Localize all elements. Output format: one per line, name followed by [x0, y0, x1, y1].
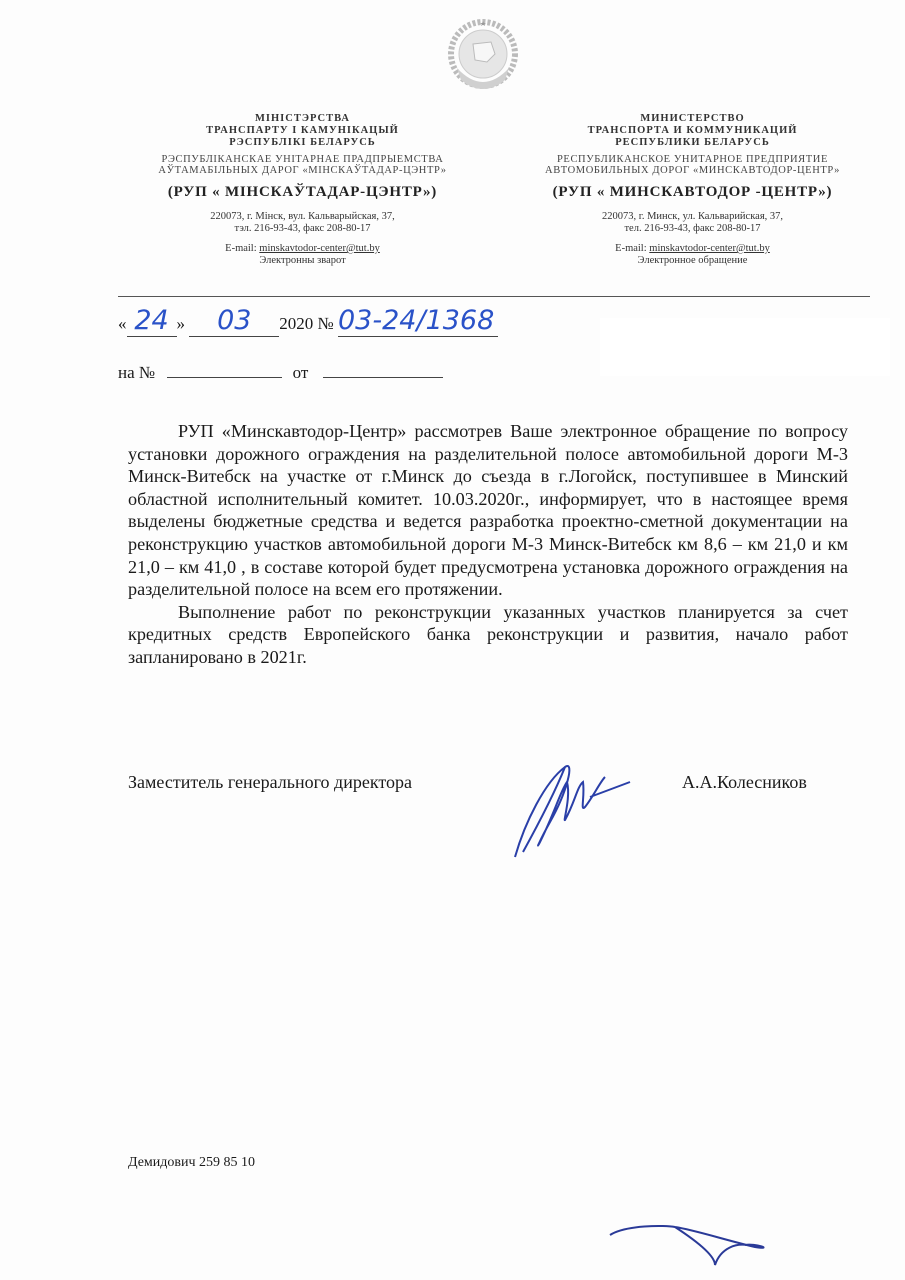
signatory-position: Заместитель генерального директора [128, 772, 412, 793]
month-handwritten: 03 [189, 305, 279, 337]
coat-of-arms-icon [447, 18, 519, 98]
paragraph: Выполнение работ по реконструкции указан… [128, 601, 848, 669]
contact-by: E-mail: minskavtodor-center@tut.by Элект… [120, 243, 485, 267]
short-name-by: (РУП « МІНСКАЎТАДАР-ЦЭНТР») [120, 184, 485, 201]
signature-icon [505, 752, 665, 862]
year: 2020 [279, 314, 313, 333]
ministry-name-ru: МИНИСТЕРСТВО ТРАНСПОРТА И КОММУНИКАЦИЙ Р… [505, 113, 880, 149]
address-by: 220073, г. Мінск, вул. Кальварыйская, 37… [120, 211, 485, 235]
ref-number-blank [167, 377, 282, 378]
reference-line: на № от [118, 363, 443, 383]
signatory-name: А.А.Колесников [682, 772, 807, 793]
redacted-area [600, 318, 890, 376]
letter-body: РУП «Минскавтодор-Центр» рассмотрев Ваше… [128, 420, 848, 669]
header-divider [118, 296, 870, 297]
registration-line: «24» 032020 № 03-24/1368 [118, 305, 498, 337]
contact-ru: E-mail: minskavtodor-center@tut.by Элект… [505, 243, 880, 267]
address-ru: 220073, г. Минск, ул. Кальварийская, 37,… [505, 211, 880, 235]
doc-number-handwritten: 03-24/1368 [338, 305, 498, 337]
header-russian: МИНИСТЕРСТВО ТРАНСПОРТА И КОММУНИКАЦИЙ Р… [505, 113, 880, 267]
paragraph: РУП «Минскавтодор-Центр» рассмотрев Ваше… [128, 420, 848, 601]
ref-date-blank [323, 377, 443, 378]
email-link[interactable]: minskavtodor-center@tut.by [259, 243, 380, 254]
short-name-ru: (РУП « МИНСКАВТОДОР -ЦЕНТР») [505, 184, 880, 201]
enterprise-name-by: РЭСПУБЛІКАНСКАЕ УНІТАРНАЕ ПРАДПРЫЕМСТВА … [120, 154, 485, 176]
email-link[interactable]: minskavtodor-center@tut.by [649, 243, 770, 254]
day-handwritten: 24 [127, 305, 177, 337]
header-belarusian: МІНІСТЭРСТВА ТРАНСПАРТУ І КАМУНІКАЦЫЙ РЭ… [120, 113, 485, 267]
enterprise-name-ru: РЕСПУБЛИКАНСКОЕ УНИТАРНОЕ ПРЕДПРИЯТИЕ АВ… [505, 154, 880, 176]
initials-mark-icon [605, 1195, 855, 1275]
ministry-name-by: МІНІСТЭРСТВА ТРАНСПАРТУ І КАМУНІКАЦЫЙ РЭ… [120, 113, 485, 149]
executor-info: Демидович 259 85 10 [128, 1155, 255, 1171]
